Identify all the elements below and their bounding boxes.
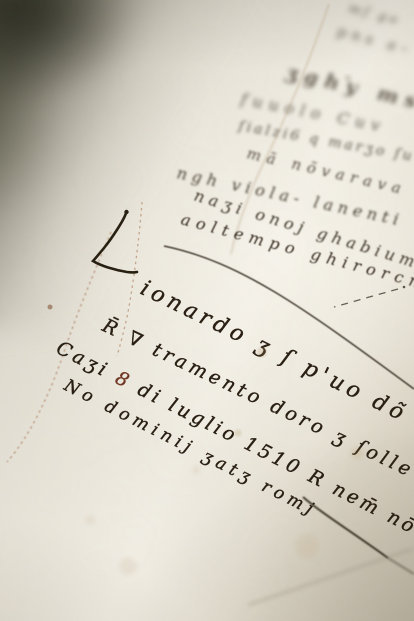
flourish-dash-dot [334,289,398,307]
ink-dot [403,286,406,289]
paper-stain [295,534,319,558]
initial-L-mark [93,210,137,273]
paper-stain [119,557,137,575]
paper-stain [48,305,53,310]
paper-stain [192,466,200,474]
paper-stain [351,447,363,459]
paper-stain [235,430,242,437]
flourish-tail-fade [388,558,414,574]
paper-stain [257,347,267,357]
handwritten-line: pns a– [335,22,414,58]
paper-stain [345,75,351,81]
paper-stain [85,515,95,525]
entry-3-pre: Caʒi [53,337,122,387]
faint-bottom-stroke [248,549,413,605]
manuscript-photo: mſ go pns a– ʒghy ms fuuolo Cuv ſialzi6 … [0,0,414,621]
handwritten-line: mſ go [347,1,401,28]
ink-layer: mſ go pns a– ʒghy ms fuuolo Cuv ſialzi6 … [0,0,414,621]
